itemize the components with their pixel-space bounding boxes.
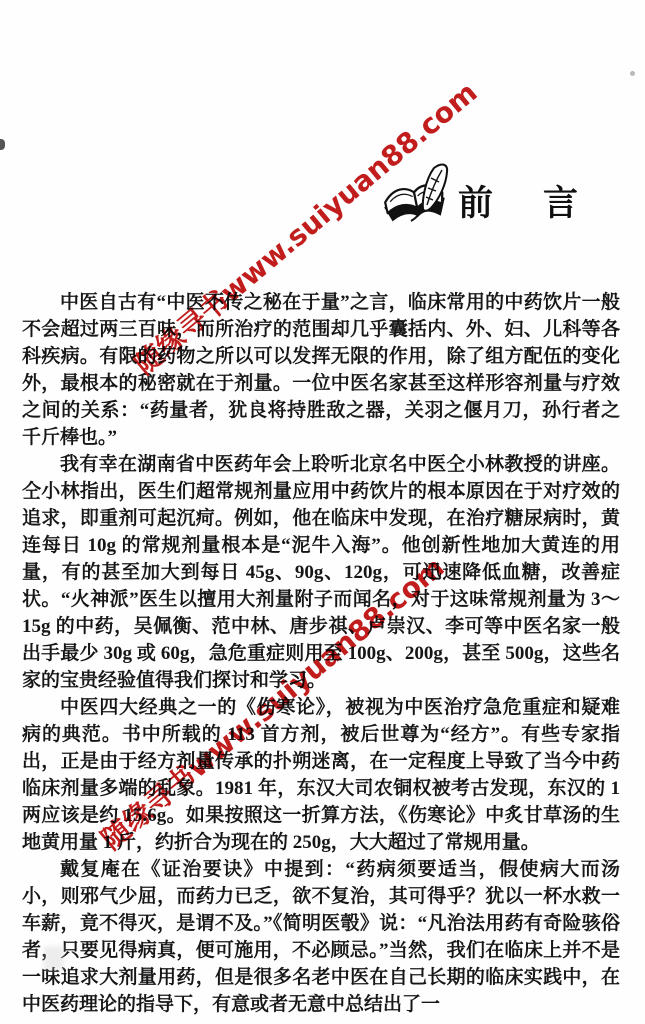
paragraph-4: 戴复庵在《证治要诀》中提到：“药病须要适当，假使病大而汤小，则邪气少屈，而药力已…	[22, 856, 620, 1018]
body-text: 中医自古有“中医不传之秘在于量”之言，临床常用的中药饮片一般不会超过两三百味，而…	[22, 289, 620, 1018]
paragraph-2: 我有幸在湖南省中医药年会上聆听北京名中医仝小林教授的讲座。仝小林指出，医生们超常…	[22, 451, 620, 694]
scan-ghost-bottom-left	[44, 946, 64, 970]
scan-speck-top-right	[630, 71, 635, 76]
paragraph-1: 中医自古有“中医不传之秘在于量”之言，临床常用的中药饮片一般不会超过两三百味，而…	[22, 289, 620, 451]
book-quill-icon	[376, 158, 458, 240]
paragraph-3: 中医四大经典之一的《伤寒论》，被视为中医治疗急危重症和疑难病的典范。书中所载的 …	[22, 694, 620, 856]
scan-speck-left-edge	[0, 139, 5, 150]
title-char-qian: 前	[458, 176, 493, 226]
scanned-book-page: 随缘寻书www.suiyuan88.com 随缘寻书www.suiyuan88.…	[0, 0, 645, 1024]
title-char-yan: 言	[543, 176, 578, 226]
page-title: 前 言	[458, 176, 578, 226]
